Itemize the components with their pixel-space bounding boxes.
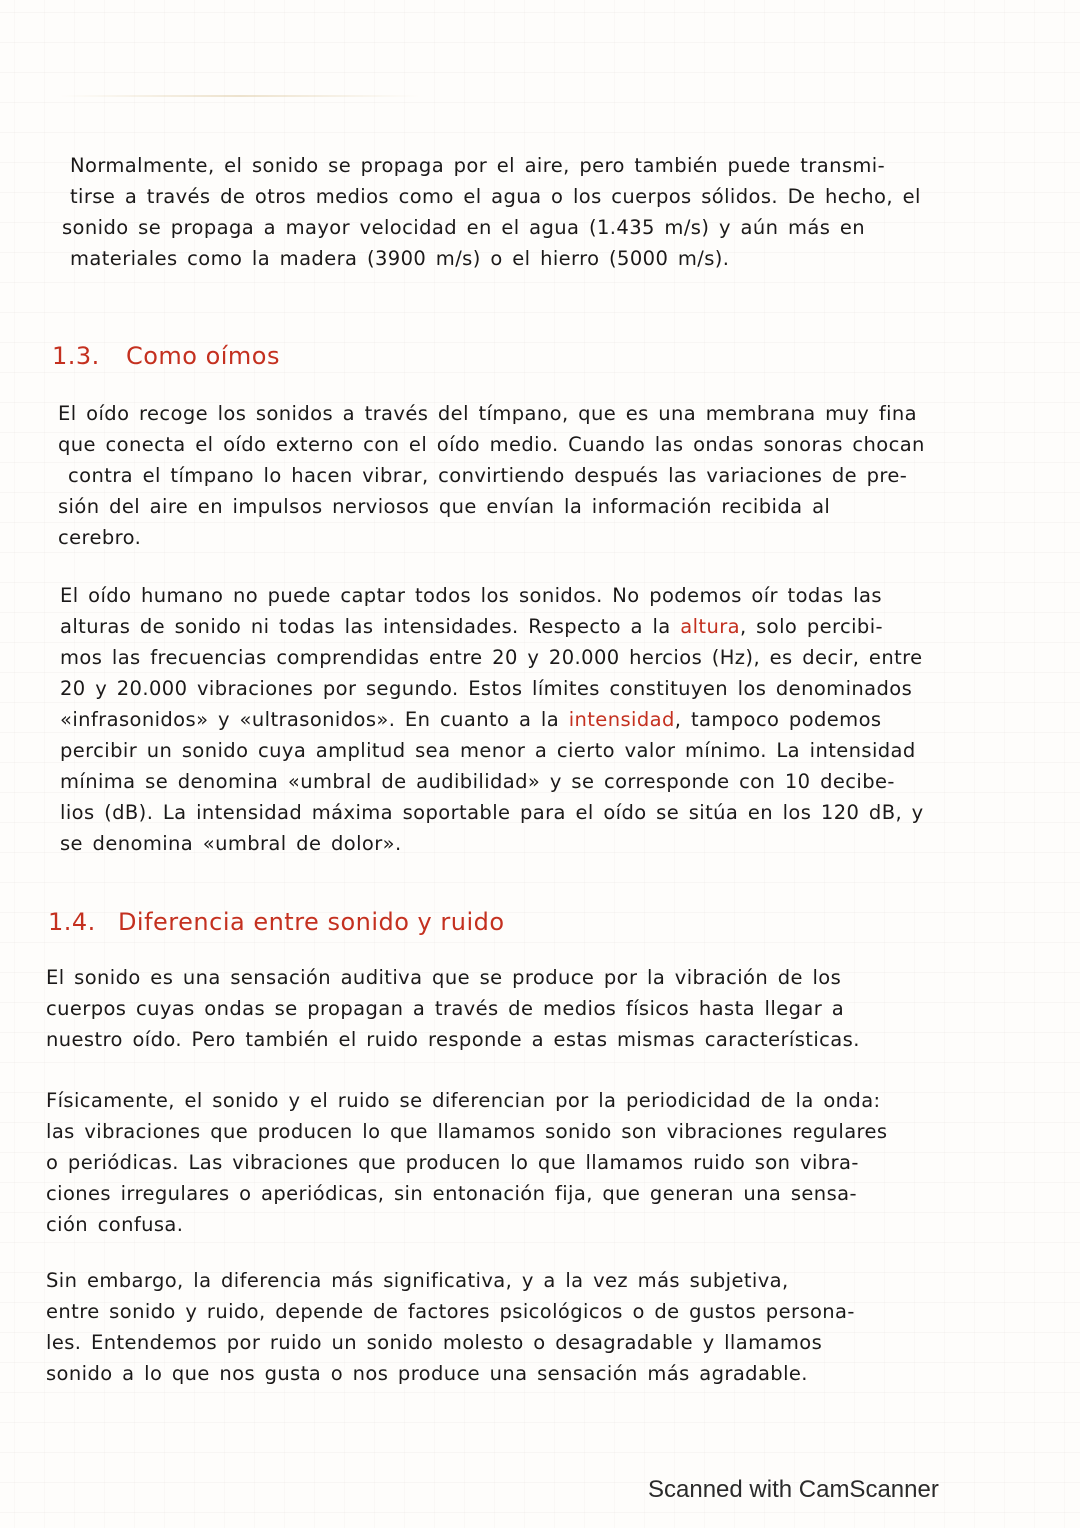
text-line: sonido a lo que nos gusta o nos produce … — [46, 1358, 855, 1389]
highlight-intensidad: intensidad — [569, 708, 675, 731]
text-line: se denomina «umbral de dolor». — [60, 828, 924, 859]
text-line: contra el tímpano lo hacen vibrar, convi… — [68, 460, 925, 491]
text-line: tirse a través de otros medios como el a… — [70, 181, 921, 212]
text-line: El sonido es una sensación auditiva que … — [46, 962, 860, 993]
section-heading-1-3: 1.3. Como oímos — [52, 342, 280, 370]
text-line: sonido se propaga a mayor velocidad en e… — [62, 212, 921, 243]
text-line: mínima se denomina «umbral de audibilida… — [60, 766, 924, 797]
section-number: 1.3. — [52, 342, 100, 370]
section-title: Como oímos — [126, 342, 280, 370]
intro-paragraph: Normalmente, el sonido se propaga por el… — [70, 150, 921, 274]
text-line: Normalmente, el sonido se propaga por el… — [70, 150, 921, 181]
section-number: 1.4. — [48, 908, 96, 936]
text-fragment: , solo percibi- — [740, 615, 883, 638]
section-1-4-paragraph-1: El sonido es una sensación auditiva que … — [46, 962, 860, 1055]
section-1-4-paragraph-3: Sin embargo, la diferencia más significa… — [46, 1265, 855, 1389]
text-line: «infrasonidos» y «ultrasonidos». En cuan… — [60, 704, 924, 735]
text-fragment: , tampoco podemos — [675, 708, 882, 731]
text-line: cerebro. — [58, 522, 925, 553]
section-1-4-paragraph-2: Físicamente, el sonido y el ruido se dif… — [46, 1085, 888, 1240]
text-line: alturas de sonido ni todas las intensida… — [60, 611, 924, 642]
text-line: Físicamente, el sonido y el ruido se dif… — [46, 1085, 888, 1116]
text-line: sión del aire en impulsos nerviosos que … — [58, 491, 925, 522]
text-line: El oído humano no puede captar todos los… — [60, 580, 924, 611]
text-line: lios (dB). La intensidad máxima soportab… — [60, 797, 924, 828]
text-line: 20 y 20.000 vibraciones por segundo. Est… — [60, 673, 924, 704]
text-fragment: «infrasonidos» y «ultrasonidos». En cuan… — [60, 708, 569, 731]
text-line: las vibraciones que producen lo que llam… — [46, 1116, 888, 1147]
text-line: les. Entendemos por ruido un sonido mole… — [46, 1327, 855, 1358]
text-line: nuestro oído. Pero también el ruido resp… — [46, 1024, 860, 1055]
text-line: ción confusa. — [46, 1209, 888, 1240]
text-line: que conecta el oído externo con el oído … — [58, 429, 925, 460]
text-fragment: alturas de sonido ni todas las intensida… — [60, 615, 680, 638]
text-line: El oído recoge los sonidos a través del … — [58, 398, 925, 429]
text-line: materiales como la madera (3900 m/s) o e… — [70, 243, 921, 274]
section-1-3-paragraph-1: El oído recoge los sonidos a través del … — [58, 398, 925, 553]
scanner-watermark: Scanned with CamScanner — [648, 1476, 939, 1504]
text-line: ciones irregulares o aperiódicas, sin en… — [46, 1178, 888, 1209]
text-line: entre sonido y ruido, depende de factore… — [46, 1296, 855, 1327]
section-1-3-paragraph-2: El oído humano no puede captar todos los… — [60, 580, 924, 859]
text-line: cuerpos cuyas ondas se propagan a través… — [46, 993, 860, 1024]
scanned-notebook-page: Normalmente, el sonido se propaga por el… — [0, 0, 1080, 1528]
text-line: o periódicas. Las vibraciones que produc… — [46, 1147, 888, 1178]
text-line: percibir un sonido cuya amplitud sea men… — [60, 735, 924, 766]
section-title: Diferencia entre sonido y ruido — [118, 908, 505, 936]
section-heading-1-4: 1.4. Diferencia entre sonido y ruido — [48, 908, 505, 936]
bleed-through-mark — [60, 95, 420, 97]
text-line: Sin embargo, la diferencia más significa… — [46, 1265, 855, 1296]
text-line: mos las frecuencias comprendidas entre 2… — [60, 642, 924, 673]
highlight-altura: altura — [680, 615, 740, 638]
